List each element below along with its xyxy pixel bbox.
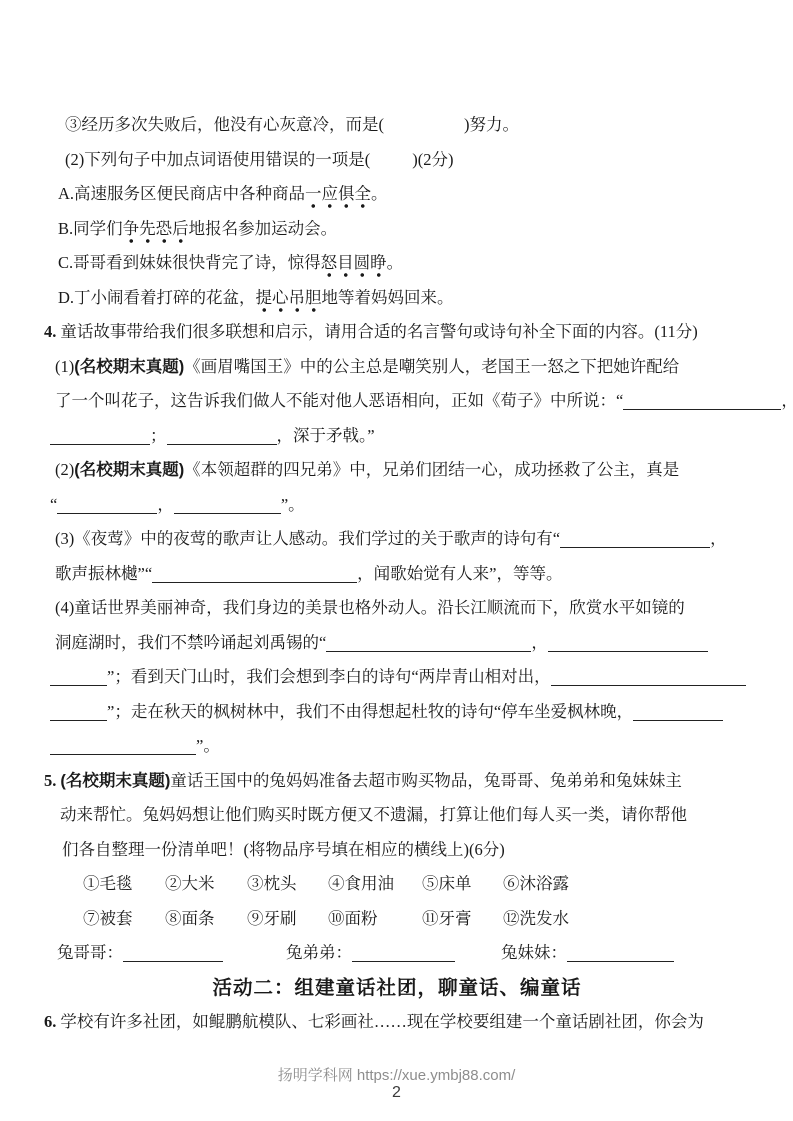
q4-sub2-line2: “，”。 (44, 488, 750, 523)
answer-paren-gap (370, 155, 412, 165)
q3-item2-post: )(2分) (412, 150, 453, 169)
q4-sub4-line1: (4)童话世界美丽神奇，我们身边的美景也格外动人。沿长江顺流而下，欣赏水平如镜的 (44, 591, 750, 626)
rabbit-younger-brother-label: 兔弟弟： (286, 943, 352, 962)
option-b-end: 地报名参加运动会。 (189, 219, 338, 238)
q3-option-d: D.丁小闹看着打碎的花盆，提心吊胆地等着妈妈回来。 (44, 281, 750, 316)
item-chip: ⑦被套 (83, 902, 165, 937)
watermark-site-url: 扬明学科网 https://xue.ymbj88.com/ (0, 1064, 793, 1085)
q3-option-a: A.高速服务区便民商店中各种商品一应俱全。 (44, 177, 750, 212)
q5-items-row1: ①毛毯②大米③枕头④食用油⑤床单⑥沐浴露 (44, 867, 750, 902)
answer-blank (50, 665, 107, 686)
rabbit-brother-label: 兔哥哥： (57, 943, 123, 962)
answer-blank (560, 527, 710, 548)
q4-sub3-text2-end: ，闻歌始觉有人来”，等等。 (357, 564, 562, 583)
option-d-emphasized-word: 提心吊胆 (256, 288, 322, 313)
q4-sub3-number: (3) (55, 529, 74, 548)
q4-sub4-text2: 洞庭湖时，我们不禁吟诵起刘禹锡的“ (55, 633, 326, 652)
q4-sub4-text1: 童话世界美丽神奇，我们身边的美景也格外动人。沿长江顺流而下，欣赏水平如镜的 (74, 598, 685, 617)
answer-blank (551, 665, 746, 686)
exam-page: ③经历多次失败后，他没有心灰意冷，而是()努力。 (2)下列句子中加点词语使用错… (0, 0, 793, 1121)
answer-blank (50, 734, 196, 755)
answer-blank (352, 941, 455, 962)
answer-blank (167, 424, 277, 445)
answer-paren-gap (384, 120, 464, 130)
q4-sub1-line1: (1)(名校期末真题)《画眉嘴国王》中的公主总是嘲笑别人，老国王一怒之下把她许配… (44, 350, 750, 385)
q4-sub3-line1: (3)《夜莺》中的夜莺的歌声让人感动。我们学过的关于歌声的诗句有“， (44, 522, 750, 557)
q4-stem-text: 童话故事带给我们很多联想和启示，请用合适的名言警句或诗句补全下面的内容。(11分… (60, 322, 697, 341)
q5-line1: 5.(名校期末真题)童话王国中的兔妈妈准备去超市购买物品，兔哥哥、兔弟弟和兔妹妹… (44, 764, 750, 799)
option-b-text: B.同学们 (58, 219, 123, 238)
answer-blank (174, 493, 281, 514)
item-chip: ⑫洗发水 (503, 902, 569, 937)
q6-line1: 6.学校有许多社团，如鲲鹏航模队、七彩画社……现在学校要组建一个童话剧社团，你会… (44, 1005, 750, 1040)
answer-blank (57, 493, 157, 514)
q4-sub1-line3: ；，深于矛戟。” (44, 419, 750, 454)
q4-sub1-sep: ； (150, 426, 167, 445)
activity2-heading: 活动二：组建童话社团，聊童话、编童话 (44, 971, 750, 1006)
q4-sub3-text2: 歌声振林樾”“ (55, 564, 152, 583)
exam-content: ③经历多次失败后，他没有心灰意冷，而是()努力。 (2)下列句子中加点词语使用错… (44, 108, 750, 1040)
item-chip: ②大米 (165, 867, 247, 902)
answer-blank (50, 424, 150, 445)
option-a-end: 。 (371, 184, 388, 203)
q4-sub4-end: ”。 (196, 736, 220, 755)
answer-blank (123, 941, 223, 962)
q5-number: 5. (44, 771, 56, 790)
q3-item3-line: ③经历多次失败后，他没有心灰意冷，而是()努力。 (44, 108, 750, 143)
option-c-emphasized-word: 怒目圆睁 (321, 253, 387, 278)
q4-sub3-text1-end: ， (710, 529, 727, 548)
option-c-text: C.哥哥看到妹妹很快背完了诗，惊得 (58, 253, 321, 272)
q3-option-b: B.同学们争先恐后地报名参加运动会。 (44, 212, 750, 247)
q5-line2: 动来帮忙。兔妈妈想让他们购买时既方便又不遗漏，打算让他们每人买一类，请你帮他 (44, 798, 750, 833)
item-chip: ⑪牙膏 (422, 902, 503, 937)
q3-item3-pre: ③经历多次失败后，他没有心灰意冷，而是( (65, 115, 384, 134)
option-c-end: 。 (387, 253, 404, 272)
q4-sub4-line4: ”；走在秋天的枫树林中，我们不由得想起杜牧的诗句“停车坐爱枫林晚， (44, 695, 750, 730)
item-chip: ⑧面条 (165, 902, 247, 937)
rabbit-sister-label: 兔妹妹： (501, 943, 567, 962)
q4-sub4-line5: ”。 (44, 729, 750, 764)
q3-item2-pre: (2)下列句子中加点词语使用错误的一项是( (65, 150, 370, 169)
q6-text1: 学校有许多社团，如鲲鹏航模队、七彩画社……现在学校要组建一个童话剧社团，你会为 (60, 1012, 704, 1031)
answer-blank (50, 700, 107, 721)
exam-source-tag: (名校期末真题) (74, 461, 184, 479)
answer-blank (326, 631, 531, 652)
q4-sub2-number: (2) (55, 460, 74, 479)
option-b-emphasized-word: 争先恐后 (123, 219, 189, 244)
q4-sub4-line3: ”；看到天门山时，我们会想到李白的诗句“两岸青山相对出， (44, 660, 750, 695)
q4-sub3-line2: 歌声振林樾”“，闻歌始觉有人来”，等等。 (44, 557, 750, 592)
q4-sub2-open-quote: “ (50, 495, 57, 514)
q4-sub1-text3-end: ，深于矛戟。” (277, 426, 375, 445)
answer-blank (567, 941, 674, 962)
option-a-emphasized-word: 一应俱全 (305, 184, 371, 209)
option-d-end: 地等着妈妈回来。 (322, 288, 454, 307)
item-chip: ⑥沐浴露 (503, 867, 569, 902)
q4-number: 4. (44, 322, 56, 341)
page-number: 2 (0, 1084, 793, 1102)
q4-sub2-end: ”。 (281, 495, 305, 514)
q3-option-c: C.哥哥看到妹妹很快背完了诗，惊得怒目圆睁。 (44, 246, 750, 281)
q4-sub1-text2-end: ， (781, 391, 793, 410)
q4-sub1-text1: 《画眉嘴国王》中的公主总是嘲笑别人，老国王一怒之下把她许配给 (184, 357, 679, 376)
exam-source-tag: (名校期末真题) (74, 358, 184, 376)
q4-sub4-text4: ”；走在秋天的枫树林中，我们不由得想起杜牧的诗句“停车坐爱枫林晚， (107, 702, 633, 721)
q4-sub2-sep: ， (157, 495, 174, 514)
q4-sub1-text2: 了一个叫花子，这告诉我们做人不能对他人恶语相向，正如《荀子》中所说：“ (55, 391, 623, 410)
option-d-text: D.丁小闹看着打碎的花盆， (58, 288, 256, 307)
q4-sub1-line2: 了一个叫花子，这告诉我们做人不能对他人恶语相向，正如《荀子》中所说：“， (44, 384, 750, 419)
item-chip: ③枕头 (247, 867, 328, 902)
q4-sub2-text1: 《本领超群的四兄弟》中，兄弟们团结一心，成功拯救了公主，真是 (184, 460, 679, 479)
q5-items-row2: ⑦被套⑧面条⑨牙刷⑩面粉⑪牙膏⑫洗发水 (44, 902, 750, 937)
q6-number: 6. (44, 1012, 56, 1031)
q4-sub4-text3: ”；看到天门山时，我们会想到李白的诗句“两岸青山相对出， (107, 667, 551, 686)
q3-item3-post: )努力。 (464, 115, 519, 134)
q4-sub4-sep: ， (531, 633, 548, 652)
q5-rabbit-lists-line: 兔哥哥：兔弟弟：兔妹妹： (44, 936, 750, 971)
item-chip: ⑤床单 (422, 867, 503, 902)
item-chip: ④食用油 (328, 867, 422, 902)
q5-text1: 童话王国中的兔妈妈准备去超市购买物品，兔哥哥、兔弟弟和兔妹妹主 (170, 771, 682, 790)
option-a-text: A.高速服务区便民商店中各种商品 (58, 184, 305, 203)
item-chip: ①毛毯 (83, 867, 165, 902)
answer-blank (152, 562, 357, 583)
q5-text3: 们各自整理一份清单吧！(将物品序号填在相应的横线上)(6分) (62, 840, 505, 859)
answer-blank (623, 389, 781, 410)
q4-sub4-line2: 洞庭湖时，我们不禁吟诵起刘禹锡的“， (44, 626, 750, 661)
q4-sub1-number: (1) (55, 357, 74, 376)
q5-line3: 们各自整理一份清单吧！(将物品序号填在相应的横线上)(6分) (44, 833, 750, 868)
answer-blank (548, 631, 708, 652)
item-chip: ⑩面粉 (328, 902, 422, 937)
q3-item2-line: (2)下列句子中加点词语使用错误的一项是()(2分) (44, 143, 750, 178)
q4-stem-line: 4.童话故事带给我们很多联想和启示，请用合适的名言警句或诗句补全下面的内容。(1… (44, 315, 750, 350)
q4-sub2-line1: (2)(名校期末真题)《本领超群的四兄弟》中，兄弟们团结一心，成功拯救了公主，真… (44, 453, 750, 488)
q5-text2: 动来帮忙。兔妈妈想让他们购买时既方便又不遗漏，打算让他们每人买一类，请你帮他 (60, 805, 687, 824)
item-chip: ⑨牙刷 (247, 902, 328, 937)
exam-source-tag: (名校期末真题) (60, 772, 170, 790)
q4-sub4-number: (4) (55, 598, 74, 617)
answer-blank (633, 700, 723, 721)
q4-sub3-text1: 《夜莺》中的夜莺的歌声让人感动。我们学过的关于歌声的诗句有“ (74, 529, 560, 548)
